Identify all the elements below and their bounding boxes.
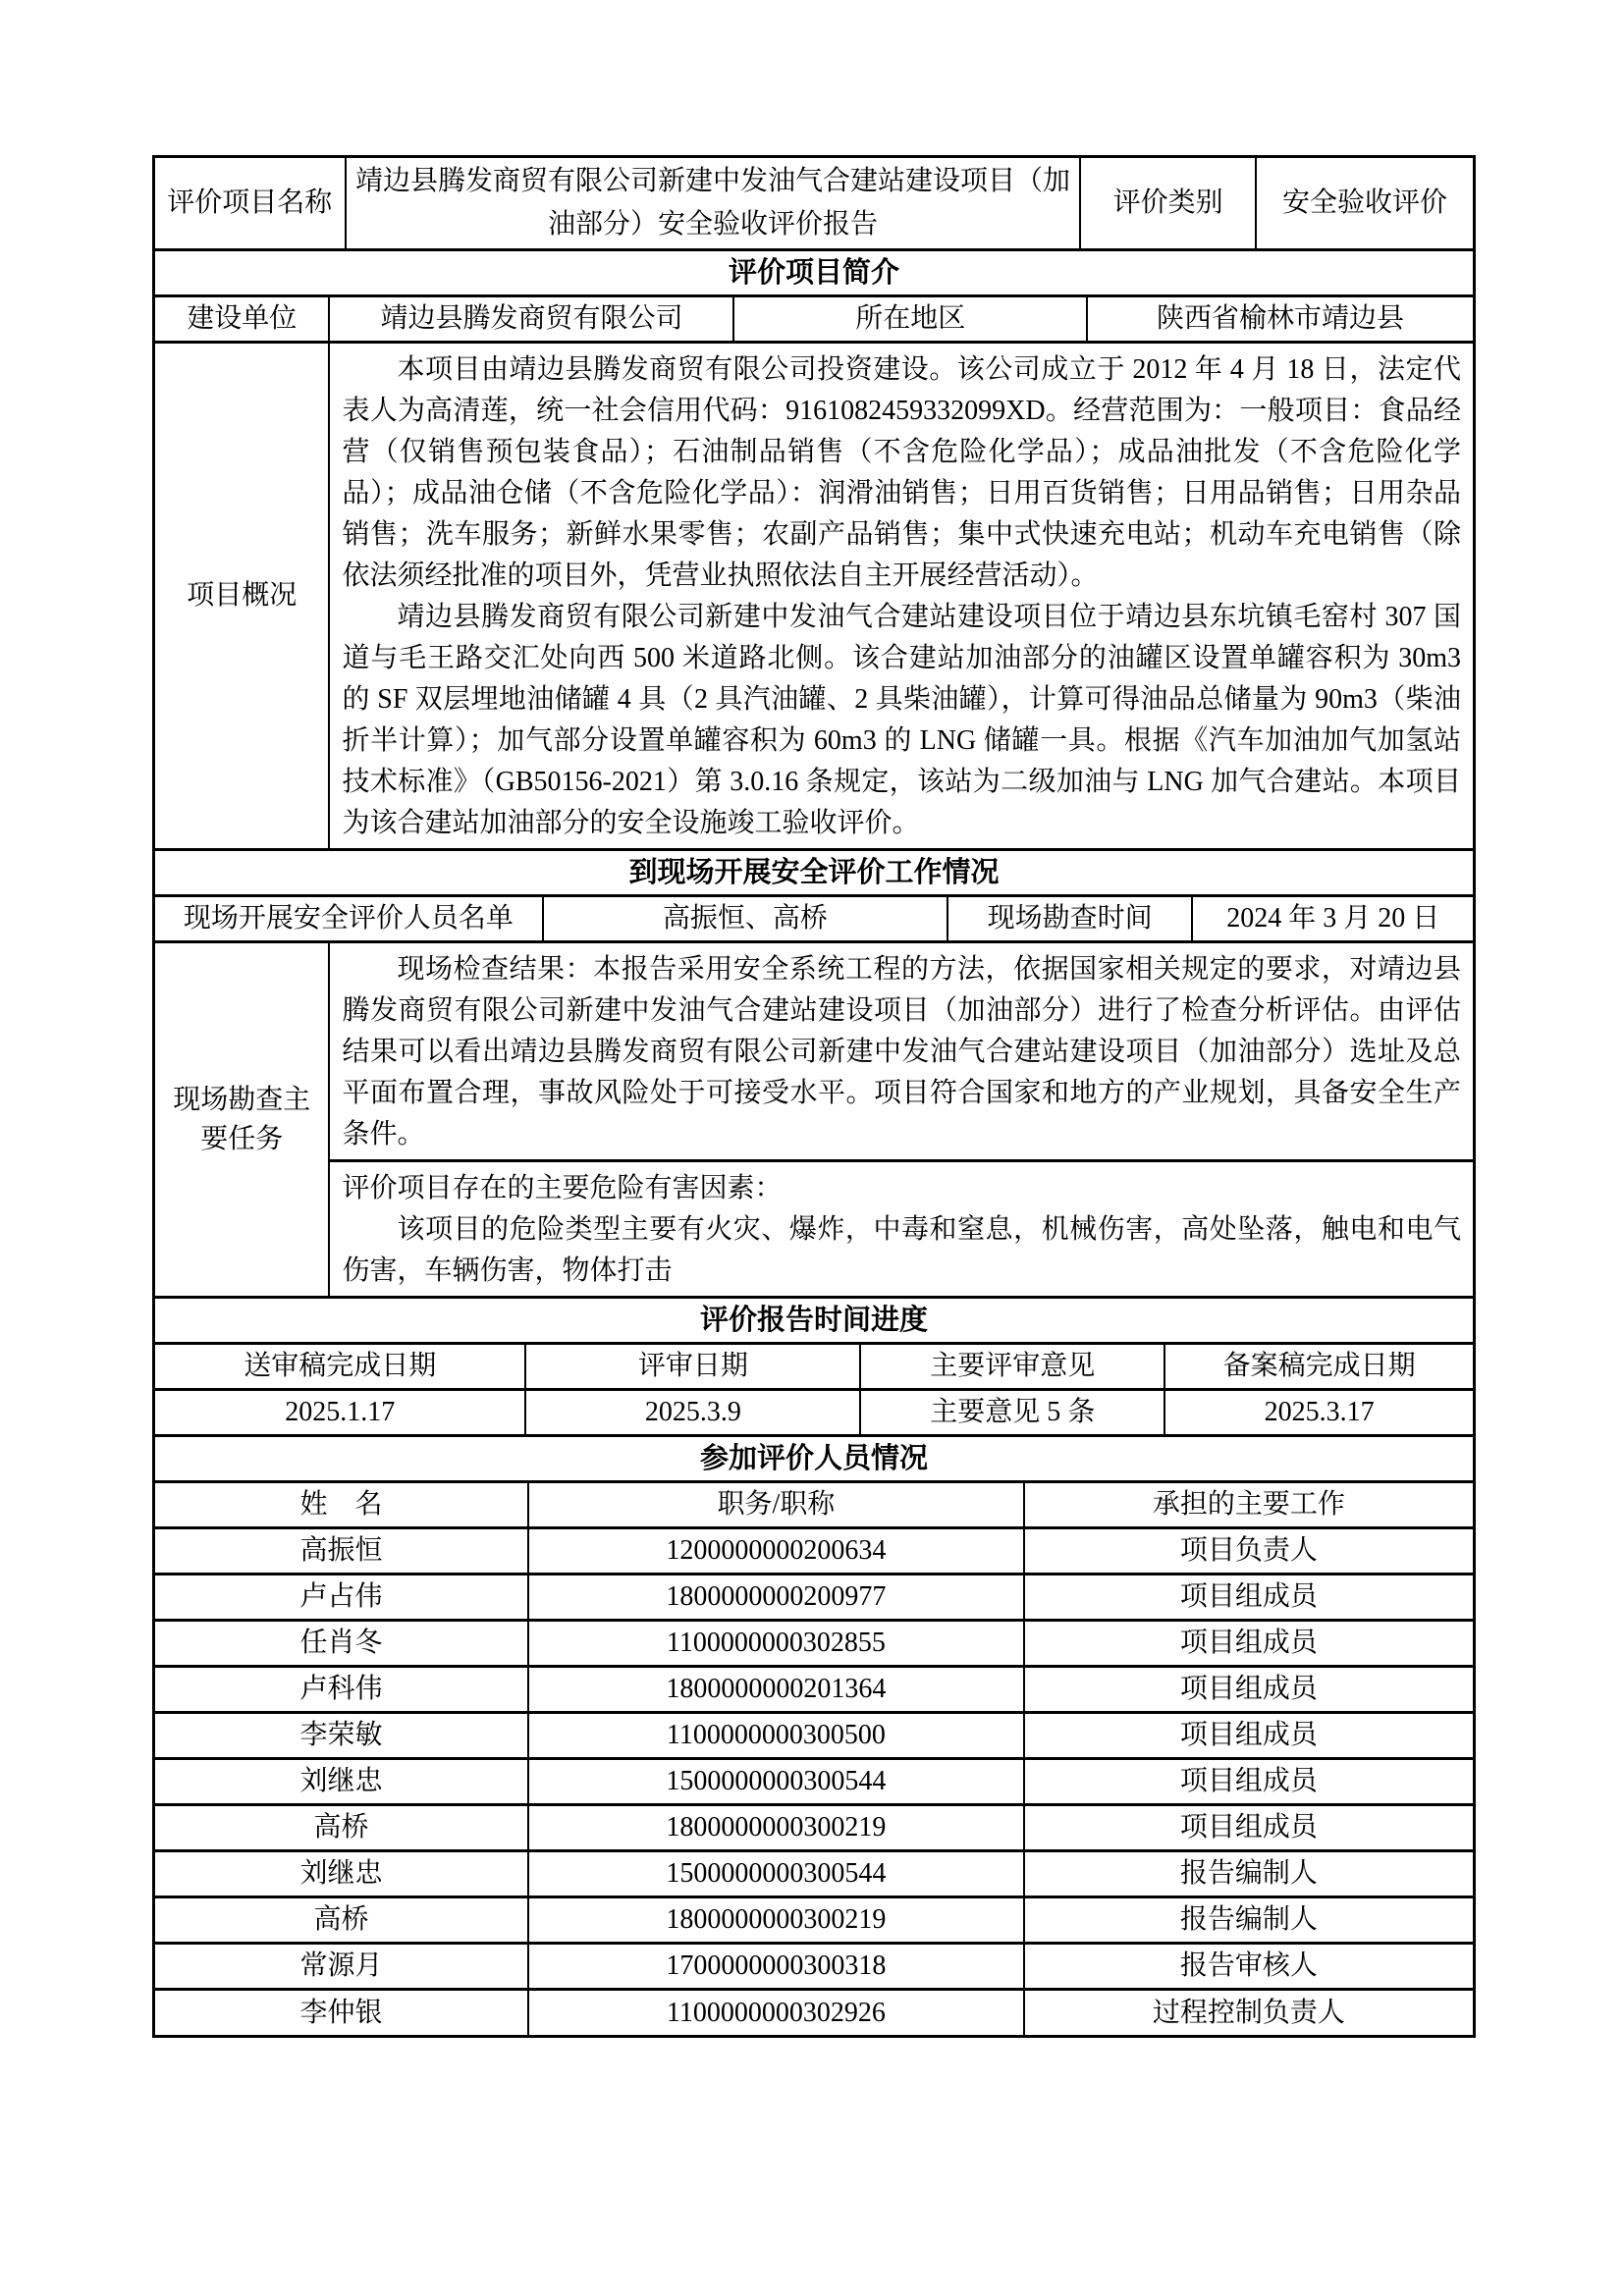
region-label: 所在地区 [734, 297, 1088, 341]
table-row: 李仲银 1100000000302926 过程控制负责人 [155, 1991, 1473, 2035]
personnel-role: 报告编制人 [1025, 1898, 1473, 1942]
personnel-role: 项目组成员 [1025, 1806, 1473, 1849]
survey-time-label: 现场勘查时间 [948, 897, 1194, 940]
schedule-header-draft-date: 送审稿完成日期 [155, 1345, 526, 1388]
personnel-name: 卢占伟 [155, 1575, 529, 1619]
personnel-name: 任肖冬 [155, 1622, 529, 1665]
overview-paragraph-1: 本项目由靖边县腾发商贸有限公司投资建设。该公司成立于 2012 年 4 月 18… [342, 349, 1461, 597]
staff-list-label: 现场开展安全评价人员名单 [155, 897, 544, 940]
personnel-role: 报告审核人 [1025, 1945, 1473, 1988]
staff-list-value: 高振恒、高桥 [544, 897, 948, 940]
personnel-id: 1800000000300219 [529, 1898, 1025, 1942]
schedule-header-final-date: 备案稿完成日期 [1165, 1345, 1473, 1388]
construction-unit-value: 靖边县腾发商贸有限公司 [330, 297, 734, 341]
project-name-label: 评价项目名称 [155, 158, 347, 248]
personnel-name: 刘继忠 [155, 1760, 529, 1803]
survey-time-value: 2024 年 3 月 20 日 [1193, 897, 1473, 940]
personnel-id: 1200000000200634 [529, 1529, 1025, 1573]
construction-unit-label: 建设单位 [155, 297, 330, 341]
personnel-role: 项目组成员 [1025, 1668, 1473, 1711]
personnel-name: 常源月 [155, 1945, 529, 1988]
personnel-name: 刘继忠 [155, 1852, 529, 1896]
schedule-header-review-date: 评审日期 [526, 1345, 861, 1388]
survey-task-label: 现场勘查主要任务 [155, 943, 330, 1296]
section-intro-row: 评价项目简介 [155, 251, 1473, 297]
personnel-id: 1800000000300219 [529, 1806, 1025, 1849]
unit-region-row: 建设单位 靖边县腾发商贸有限公司 所在地区 陕西省榆林市靖边县 [155, 297, 1473, 344]
survey-result-paragraph: 现场检查结果：本报告采用安全系统工程的方法，依据国家相关规定的要求，对靖边县腾发… [342, 949, 1461, 1155]
region-value: 陕西省榆林市靖边县 [1088, 297, 1473, 341]
project-overview-row: 项目概况 本项目由靖边县腾发商贸有限公司投资建设。该公司成立于 2012 年 4… [155, 344, 1473, 851]
hazard-factors-paragraph: 该项目的危险类型主要有火灾、爆炸，中毒和窒息，机械伤害，高处坠落，触电和电气伤害… [342, 1209, 1461, 1292]
personnel-role: 过程控制负责人 [1025, 1991, 1473, 2035]
personnel-id: 1500000000300544 [529, 1852, 1025, 1896]
personnel-header-work: 承担的主要工作 [1025, 1483, 1473, 1526]
personnel-role: 项目组成员 [1025, 1760, 1473, 1803]
personnel-name: 高桥 [155, 1806, 529, 1849]
section-schedule-row: 评价报告时间进度 [155, 1299, 1473, 1345]
survey-task-body: 现场检查结果：本报告采用安全系统工程的方法，依据国家相关规定的要求，对靖边县腾发… [330, 943, 1473, 1296]
schedule-values-row: 2025.1.17 2025.3.9 主要意见 5 条 2025.3.17 [155, 1391, 1473, 1437]
hazard-factors-cell: 评价项目存在的主要危险有害因素： 该项目的危险类型主要有火灾、爆炸，中毒和窒息，… [330, 1162, 1473, 1296]
personnel-id: 1100000000300500 [529, 1714, 1025, 1757]
project-overview-label: 项目概况 [155, 344, 330, 848]
overview-paragraph-2: 靖边县腾发商贸有限公司新建中发油气合建站建设项目位于靖边县东坑镇毛窑村 307 … [342, 597, 1461, 844]
table-row: 刘继忠 1500000000300544 报告编制人 [155, 1852, 1473, 1898]
table-row: 高桥 1800000000300219 报告编制人 [155, 1898, 1473, 1945]
personnel-role: 项目组成员 [1025, 1714, 1473, 1757]
personnel-role: 项目组成员 [1025, 1575, 1473, 1619]
project-overview-text: 本项目由靖边县腾发商贸有限公司投资建设。该公司成立于 2012 年 4 月 18… [330, 344, 1473, 848]
personnel-id: 1100000000302926 [529, 1991, 1025, 2035]
section-site-work-title: 到现场开展安全评价工作情况 [155, 851, 1473, 894]
personnel-role: 报告编制人 [1025, 1852, 1473, 1896]
survey-task-row: 现场勘查主要任务 现场检查结果：本报告采用安全系统工程的方法，依据国家相关规定的… [155, 943, 1473, 1299]
personnel-id: 1100000000302855 [529, 1622, 1025, 1665]
personnel-id: 1800000000201364 [529, 1668, 1025, 1711]
table-row: 李荣敏 1100000000300500 项目组成员 [155, 1714, 1473, 1760]
evaluation-type-value: 安全验收评价 [1257, 158, 1473, 248]
personnel-name: 李仲银 [155, 1991, 529, 2035]
personnel-name: 高桥 [155, 1898, 529, 1942]
hazard-factors-title: 评价项目存在的主要危险有害因素： [342, 1168, 1461, 1209]
personnel-role: 项目负责人 [1025, 1529, 1473, 1573]
section-personnel-title: 参加评价人员情况 [155, 1437, 1473, 1480]
personnel-name: 李荣敏 [155, 1714, 529, 1757]
schedule-value-review-date: 2025.3.9 [526, 1391, 861, 1434]
table-row: 刘继忠 1500000000300544 项目组成员 [155, 1760, 1473, 1806]
section-site-work-row: 到现场开展安全评价工作情况 [155, 851, 1473, 897]
table-row: 卢占伟 1800000000200977 项目组成员 [155, 1575, 1473, 1622]
personnel-name: 卢科伟 [155, 1668, 529, 1711]
schedule-header-review-opinions: 主要评审意见 [861, 1345, 1165, 1388]
section-schedule-title: 评价报告时间进度 [155, 1299, 1473, 1342]
table-row: 常源月 1700000000300318 报告审核人 [155, 1945, 1473, 1991]
survey-result-cell: 现场检查结果：本报告采用安全系统工程的方法，依据国家相关规定的要求，对靖边县腾发… [330, 943, 1473, 1162]
personnel-header-name: 姓 名 [155, 1483, 529, 1526]
evaluation-type-label: 评价类别 [1081, 158, 1256, 248]
schedule-value-final-date: 2025.3.17 [1165, 1391, 1473, 1434]
personnel-header-row: 姓 名 职务/职称 承担的主要工作 [155, 1483, 1473, 1529]
table-row: 高振恒 1200000000200634 项目负责人 [155, 1529, 1473, 1575]
staff-time-row: 现场开展安全评价人员名单 高振恒、高桥 现场勘查时间 2024 年 3 月 20… [155, 897, 1473, 943]
evaluation-report-table: 评价项目名称 靖边县腾发商贸有限公司新建中发油气合建站建设项目（加油部分）安全验… [152, 155, 1476, 2038]
personnel-id: 1700000000300318 [529, 1945, 1025, 1988]
personnel-name: 高振恒 [155, 1529, 529, 1573]
personnel-header-title: 职务/职称 [529, 1483, 1025, 1526]
table-row: 任肖冬 1100000000302855 项目组成员 [155, 1622, 1473, 1668]
personnel-id: 1500000000300544 [529, 1760, 1025, 1803]
personnel-role: 项目组成员 [1025, 1622, 1473, 1665]
project-name-row: 评价项目名称 靖边县腾发商贸有限公司新建中发油气合建站建设项目（加油部分）安全验… [155, 158, 1473, 251]
table-row: 卢科伟 1800000000201364 项目组成员 [155, 1668, 1473, 1714]
schedule-value-review-opinions: 主要意见 5 条 [861, 1391, 1165, 1434]
personnel-id: 1800000000200977 [529, 1575, 1025, 1619]
section-personnel-row: 参加评价人员情况 [155, 1437, 1473, 1483]
table-row: 高桥 1800000000300219 项目组成员 [155, 1806, 1473, 1852]
report-page: 评价项目名称 靖边县腾发商贸有限公司新建中发油气合建站建设项目（加油部分）安全验… [0, 0, 1624, 2296]
project-name-value: 靖边县腾发商贸有限公司新建中发油气合建站建设项目（加油部分）安全验收评价报告 [347, 158, 1082, 248]
schedule-value-draft-date: 2025.1.17 [155, 1391, 526, 1434]
schedule-header-row: 送审稿完成日期 评审日期 主要评审意见 备案稿完成日期 [155, 1345, 1473, 1391]
section-intro-title: 评价项目简介 [155, 251, 1473, 294]
